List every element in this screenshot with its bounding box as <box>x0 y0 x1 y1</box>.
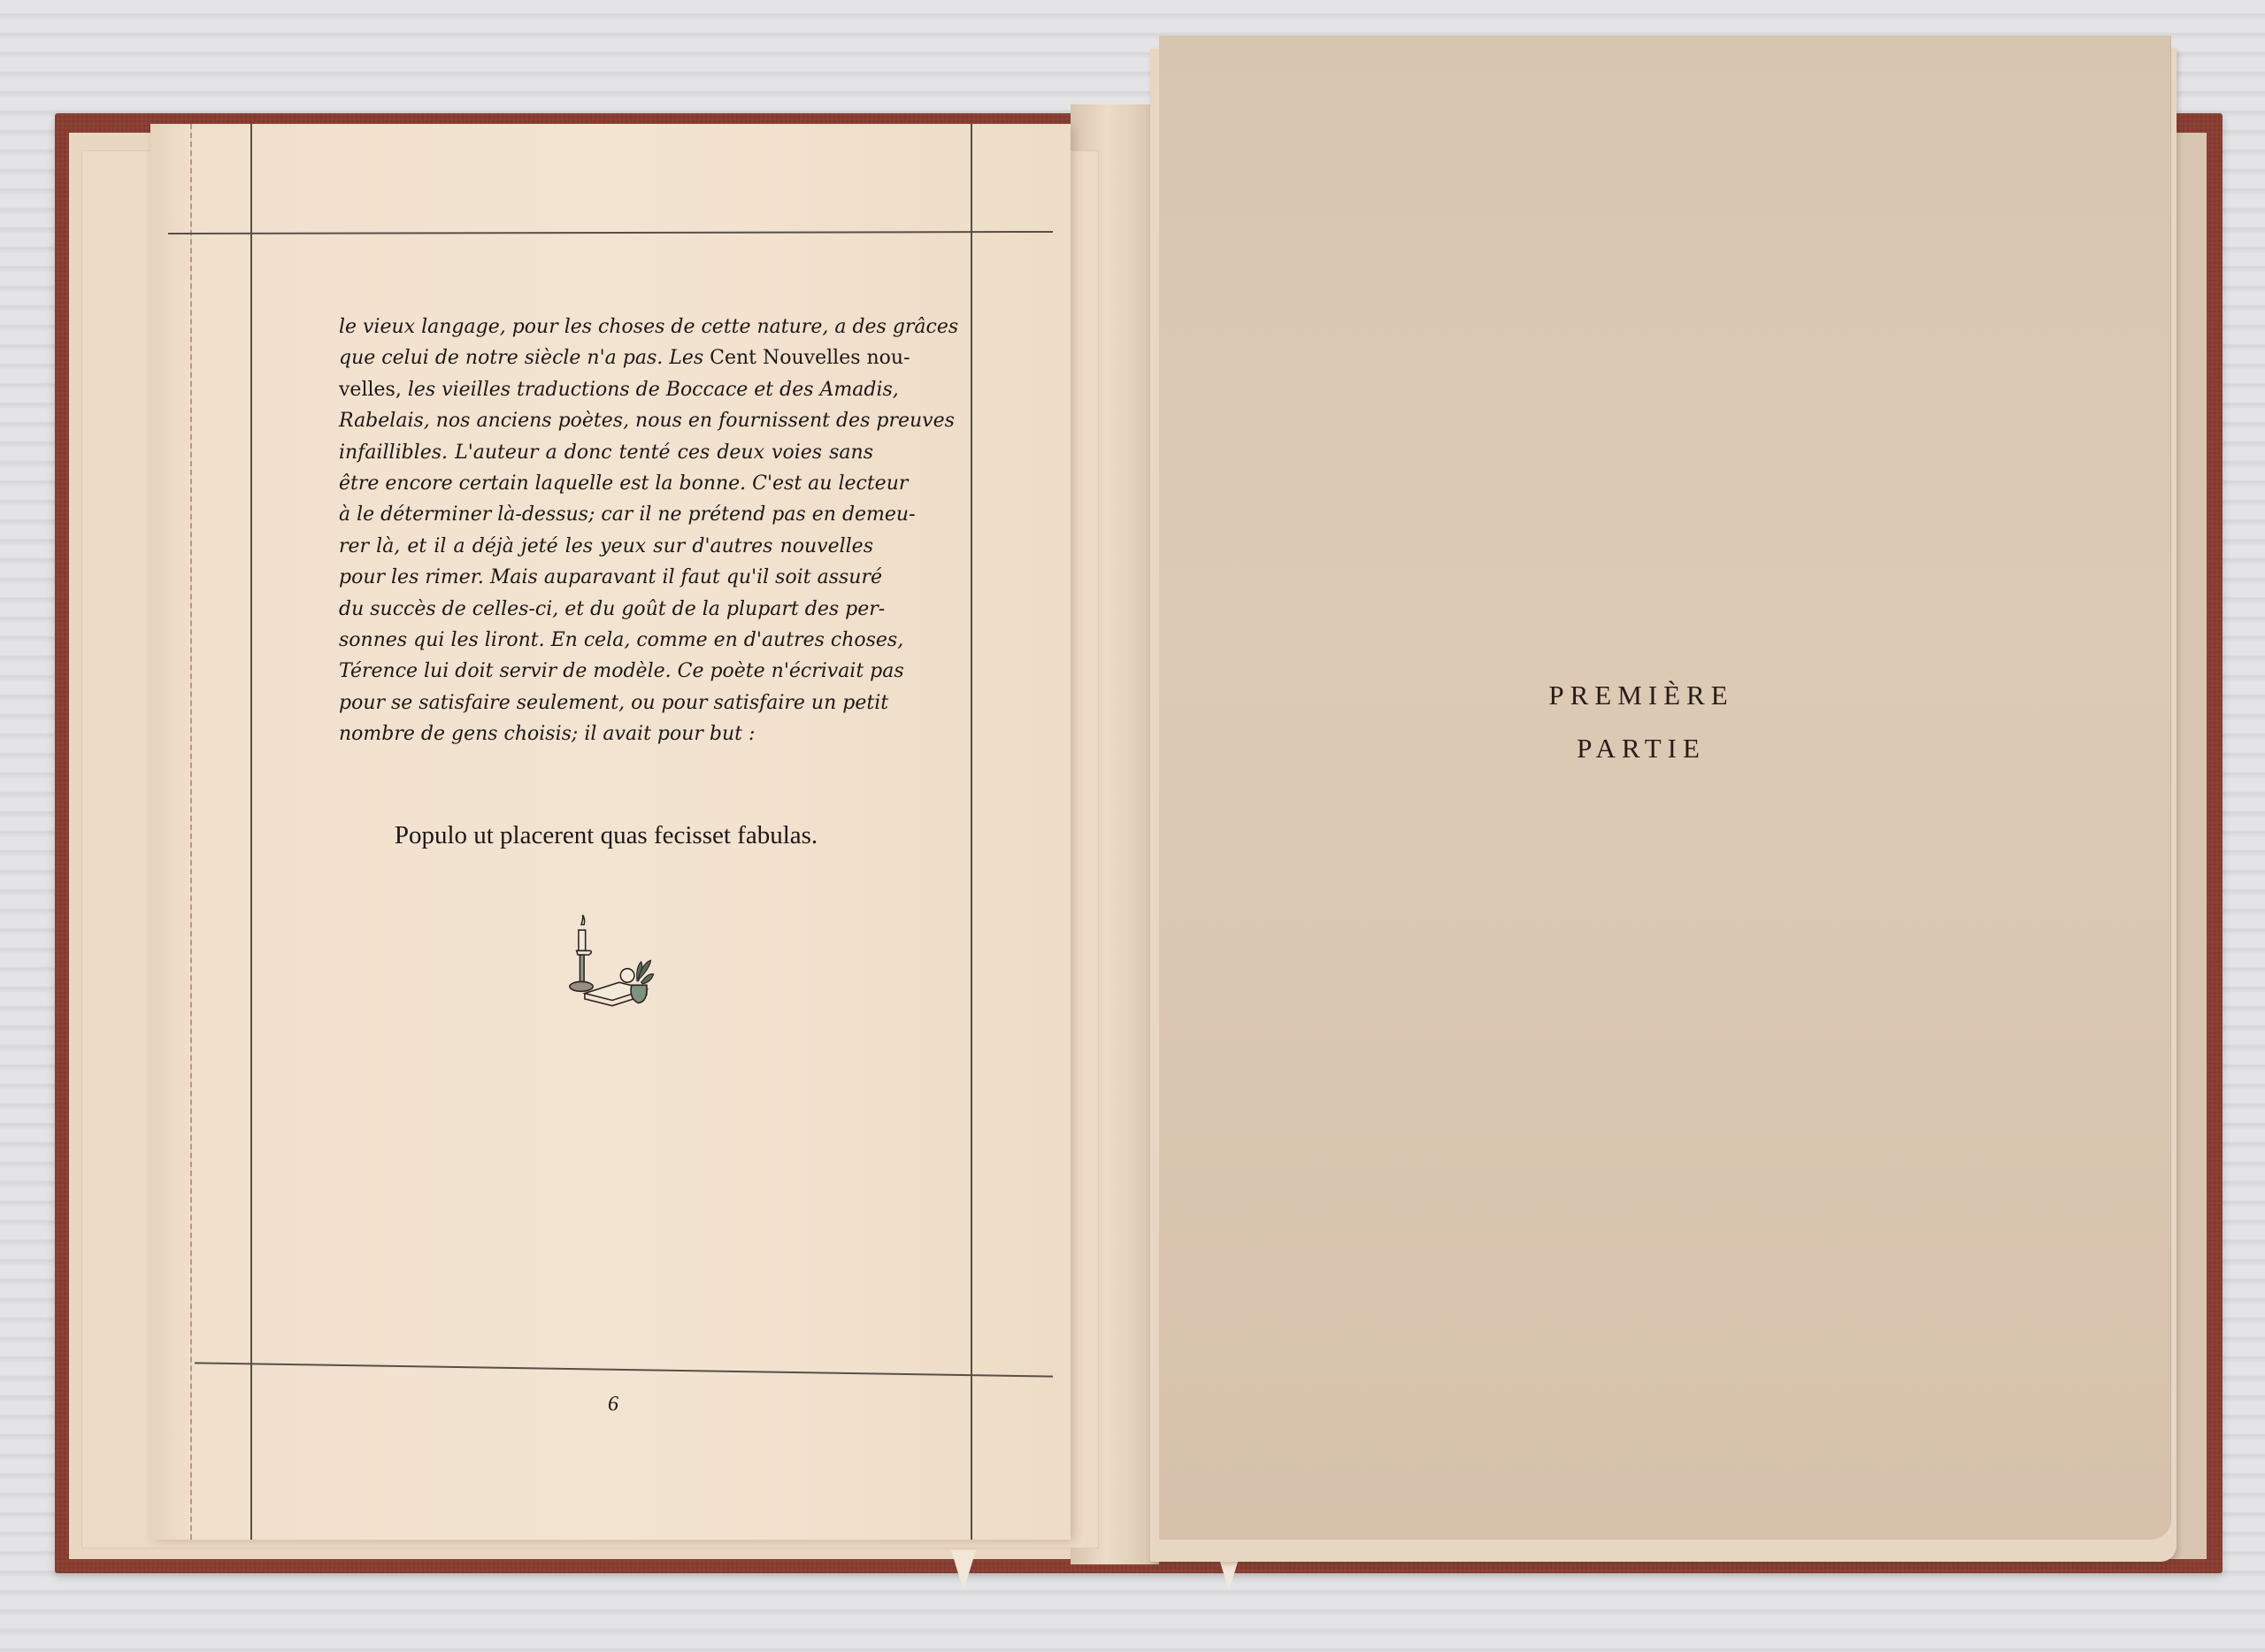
page-tab-left <box>951 1550 976 1591</box>
section-title-line-1: PREMIÈRE <box>1398 680 1885 711</box>
text-line: du succès de celles-ci, et du goût de la… <box>339 594 873 625</box>
text-line: infaillibles. L'auteur a donc tenté ces … <box>339 437 873 468</box>
text-line-roman: velles, <box>339 379 402 401</box>
left-page-fold <box>150 124 192 1540</box>
candle-book-vase-icon <box>550 907 674 1022</box>
text-line-italic: que celui de notre siècle n'a pas. Les <box>339 347 710 369</box>
text-line-roman: Cent Nouvelles nou- <box>710 347 910 369</box>
text-line: Rabelais, nos anciens poètes, nous en fo… <box>339 405 873 436</box>
text-line: sonnes qui les liront. En cela, comme en… <box>339 625 873 656</box>
text-line: pour se satisfaire seulement, ou pour sa… <box>339 688 873 718</box>
text-line: à le déterminer là-dessus; car il ne pré… <box>339 499 873 530</box>
text-line: que celui de notre siècle n'a pas. Les C… <box>339 342 873 373</box>
frame-rule-left <box>250 124 252 1540</box>
frame-rule-right <box>971 124 972 1540</box>
text-line-italic: les vieilles traductions de Boccace et d… <box>402 379 899 401</box>
right-page <box>1159 35 2170 1540</box>
text-line: le vieux langage, pour les choses de cet… <box>339 311 873 342</box>
section-title-line-2: PARTIE <box>1398 733 1885 765</box>
body-text: le vieux langage, pour les choses de cet… <box>339 311 873 750</box>
page-number: 6 <box>604 1393 622 1417</box>
text-line: être encore certain laquelle est la bonn… <box>339 468 873 499</box>
text-line: nombre de gens choisis; il avait pour bu… <box>339 718 873 749</box>
text-line: velles, les vieilles traductions de Bocc… <box>339 374 873 405</box>
latin-motto: Populo ut placerent quas fecisset fabula… <box>339 821 873 850</box>
text-line: pour les rimer. Mais auparavant il faut … <box>339 562 873 593</box>
text-line: Térence lui doit servir de modèle. Ce po… <box>339 656 873 687</box>
text-line: rer là, et il a déjà jeté les yeux sur d… <box>339 531 873 562</box>
